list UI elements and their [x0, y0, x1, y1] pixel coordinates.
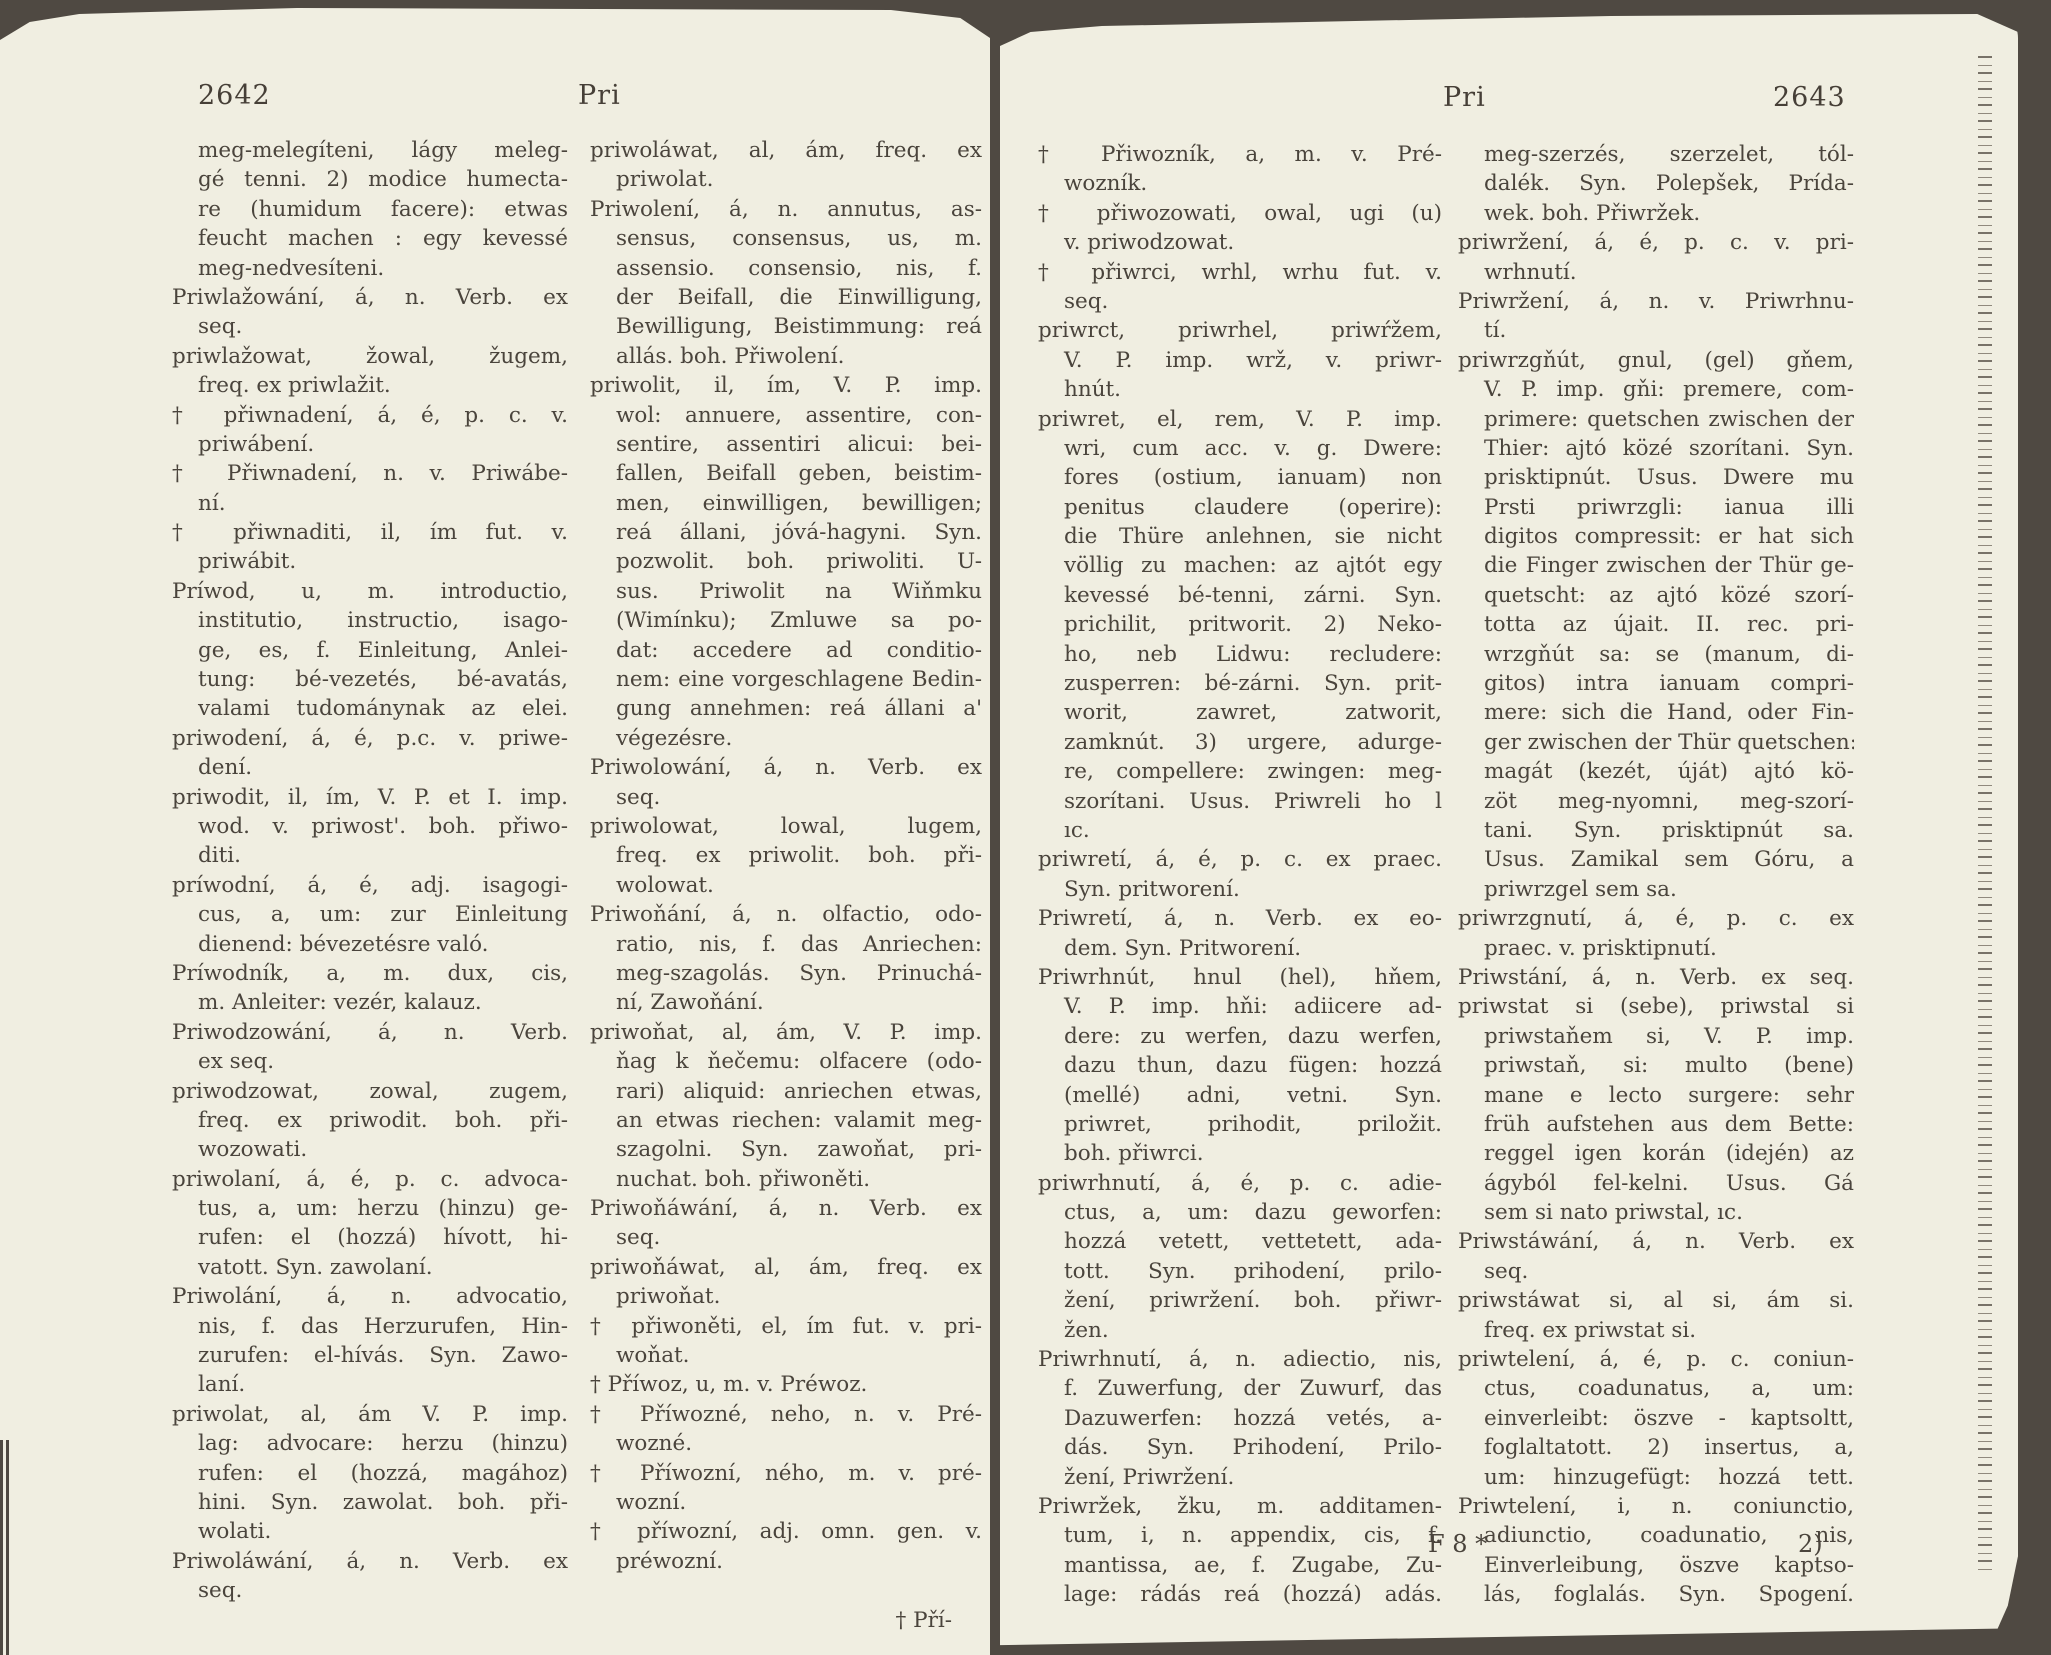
entry-text-line: magát (kezét, úját) ajtó kö- [1458, 757, 1854, 786]
entry-headword-line: Príwod, u, m. introductio, [172, 577, 568, 606]
entry-text-line: sus. Priwolit na Wiňmku [590, 577, 982, 606]
entry-text-line: hnút. [1038, 375, 1442, 404]
entry-text-line: penitus claudere (operire): [1038, 493, 1442, 522]
entry-text-line: nuchat. boh. přiwoněti. [590, 1165, 982, 1194]
entry-headword-line: priwoňat, al, ám, V. P. imp. [590, 1018, 982, 1047]
entry-headword-line: priwolowat, lowal, lugem, [590, 812, 982, 841]
entry-text-line: tani. Syn. prisktipnút sa. [1458, 816, 1854, 845]
left-page-number: 2642 [198, 80, 271, 111]
entry-headword-line: Priwolení, á, n. annutus, as- [590, 195, 982, 224]
printer-signature: F 8 * [1428, 1530, 1487, 1558]
entry-text-line: szagolni. Syn. zawoňat, pri- [590, 1135, 982, 1164]
entry-text-line: men, einwilligen, bewilligen; [590, 489, 982, 518]
entry-text-line: wol: annuere, assentire, con- [590, 401, 982, 430]
entry-text-line: die Finger zwischen der Thür ge- [1458, 551, 1854, 580]
entry-text-line: dás. Syn. Prihodení, Prilo- [1038, 1433, 1442, 1462]
entry-headword-line: priwstáwat si, al si, ám si. [1458, 1286, 1854, 1315]
entry-text-line: mere: sich die Hand, oder Fin- [1458, 698, 1854, 727]
entry-headword-line: priwolaní, á, é, p. c. advoca- [172, 1165, 568, 1194]
entry-text-line: feucht machen : egy kevessé [172, 224, 568, 253]
entry-headword-line: † Příwoz, u, m. v. Préwoz. [590, 1370, 982, 1399]
entry-text-line: wozník. [1038, 169, 1442, 198]
entry-headword-line: Priwolání, á, n. advocatio, [172, 1282, 568, 1311]
right-running-head: Pri [1443, 82, 1486, 113]
page-edge-left [0, 1440, 12, 1655]
entry-text-line: priwoňat. [590, 1282, 982, 1311]
entry-headword-line: † přiwozowati, owal, ugi (u) [1038, 199, 1442, 228]
entry-text-line: seq. [172, 312, 568, 341]
entry-text-line: boh. přiwrci. [1038, 1139, 1442, 1168]
book-gutter [990, 40, 1000, 1600]
entry-text-line: wod. v. priwost'. boh. přiwo- [172, 812, 568, 841]
entry-text-line: ratio, nis, f. das Anriechen: [590, 930, 982, 959]
entry-text-line: sentire, assentiri alicui: bei- [590, 430, 982, 459]
entry-text-line: dere: zu werfen, dazu werfen, [1038, 1022, 1442, 1051]
right-page-number: 2643 [1773, 82, 1846, 113]
entry-text-line: priwstaň, si: multo (bene) [1458, 1051, 1854, 1080]
entry-text-line: reggel igen korán (idején) az [1458, 1139, 1854, 1168]
entry-headword-line: priwolit, il, ím, V. P. imp. [590, 371, 982, 400]
entry-text-line: freq. ex priwstat si. [1458, 1316, 1854, 1345]
entry-headword-line: priwoňáwat, al, ám, freq. ex [590, 1253, 982, 1282]
entry-headword-line: Priwoňáwání, á, n. Verb. ex [590, 1194, 982, 1223]
entry-headword-line: priwodzowat, zowal, zugem, [172, 1077, 568, 1106]
entry-headword-line: priwlažowat, žowal, žugem, [172, 342, 568, 371]
entry-headword-line: Priwoňání, á, n. olfactio, odo- [590, 900, 982, 929]
entry-text-line: seq. [590, 783, 982, 812]
entry-text-line: valami tudománynak az elei. [172, 694, 568, 723]
entry-headword-line: † Přiwozník, a, m. v. Pré- [1038, 140, 1442, 169]
entry-text-line: re (humidum facere): etwas [172, 195, 568, 224]
entry-text-line: wrzgňút sa: se (manum, di- [1458, 640, 1854, 669]
left-page-column-1: meg-melegíteni, lágy meleg-gé tenni. 2) … [172, 136, 568, 1606]
entry-headword-line: † příwozní, adj. omn. gen. v. [590, 1517, 982, 1546]
entry-text-line: dat: accedere ad conditio- [590, 636, 982, 665]
entry-text-line: an etwas riechen: valamit meg- [590, 1106, 982, 1135]
entry-text-line: seq. [590, 1223, 982, 1252]
entry-headword-line: priwrhnutí, á, é, p. c. adie- [1038, 1169, 1442, 1198]
entry-text-line: hini. Syn. zawolat. boh. při- [172, 1488, 568, 1517]
entry-text-line: tung: bé-vezetés, bé-avatás, [172, 665, 568, 694]
entry-text-line: rari) aliquid: anriechen etwas, [590, 1077, 982, 1106]
entry-text-line: wolati. [172, 1517, 568, 1546]
entry-text-line: gé tenni. 2) modice humecta- [172, 165, 568, 194]
entry-text-line: lás, foglalás. Syn. Spogení. [1458, 1580, 1854, 1609]
entry-headword-line: † přiwnaditi, il, ím fut. v. [172, 518, 568, 547]
entry-text-line: Prsti priwrzgli: ianua illi [1458, 493, 1854, 522]
entry-text-line: der Beifall, die Einwilligung, [590, 283, 982, 312]
entry-text-line: totta az újait. II. rec. pri- [1458, 610, 1854, 639]
entry-text-line: ní. [172, 489, 568, 518]
entry-headword-line: Príwodník, a, m. dux, cis, [172, 959, 568, 988]
entry-text-line: Dazuwerfen: hozzá vetés, a- [1038, 1404, 1442, 1433]
left-running-head: Pri [578, 80, 621, 111]
entry-headword-line: Priwstání, á, n. Verb. ex seq. [1458, 963, 1854, 992]
entry-text-line: ge, es, f. Einleitung, Anlei- [172, 636, 568, 665]
entry-text-line: ıc. [1038, 816, 1442, 845]
entry-headword-line: Priwrhnutí, á, n. adiectio, nis, [1038, 1345, 1442, 1374]
entry-text-line: mane e lecto surgere: sehr [1458, 1081, 1854, 1110]
entry-text-line: tum, i, n. appendix, cis, f. [1038, 1521, 1442, 1550]
entry-headword-line: príwodní, á, é, adj. isagogi- [172, 871, 568, 900]
entry-text-line: Syn. pritworení. [1038, 875, 1442, 904]
entry-text-line: freq. ex priwolit. boh. při- [590, 841, 982, 870]
entry-headword-line: Priwodzowání, á, n. Verb. [172, 1018, 568, 1047]
entry-text-line: diti. [172, 841, 568, 870]
entry-text-line: kevessé bé-tenni, zárni. Syn. [1038, 581, 1442, 610]
entry-text-line: gitos) intra ianuam compri- [1458, 669, 1854, 698]
entry-text-line: rufen: el (hozzá, magához) [172, 1459, 568, 1488]
entry-text-line: végezésre. [590, 724, 982, 753]
entry-text-line: wolowat. [590, 871, 982, 900]
entry-text-line: freq. ex priwodit. boh. při- [172, 1106, 568, 1135]
page-edge-right [1978, 50, 1992, 1570]
entry-text-line: dem. Syn. Pritworení. [1038, 934, 1442, 963]
entry-text-line: v. priwodzowat. [1038, 228, 1442, 257]
entry-text-line: lage: rádás reá (hozzá) adás. [1038, 1580, 1442, 1609]
entry-text-line: wozné. [590, 1429, 982, 1458]
entry-text-line: adiunctio, coadunatio, nis, [1458, 1521, 1854, 1550]
entry-text-line: sem si nato priwstal, ıc. [1458, 1198, 1854, 1227]
entry-text-line: meg-szerzés, szerzelet, tól- [1458, 140, 1854, 169]
entry-text-line: préwozní. [590, 1547, 982, 1576]
entry-headword-line: † přiwrci, wrhl, wrhu fut. v. [1038, 258, 1442, 287]
entry-text-line: (Wimínku); Zmluwe sa po- [590, 606, 982, 635]
entry-text-line: primere: quetschen zwischen der [1458, 405, 1854, 434]
entry-text-line: priwábení. [172, 430, 568, 459]
catchword: 2) [1798, 1530, 1823, 1558]
entry-text-line: seq. [172, 1576, 568, 1605]
entry-text-line: wozowati. [172, 1135, 568, 1164]
entry-text-line: völlig zu machen: az ajtót egy [1038, 551, 1442, 580]
entry-text-line: laní. [172, 1370, 568, 1399]
right-page-column-2: meg-szerzés, szerzelet, tól-dalék. Syn. … [1458, 140, 1854, 1610]
entry-headword-line: Priwretí, á, n. Verb. ex eo- [1038, 904, 1442, 933]
entry-headword-line: † přiwnadení, á, é, p. c. v. [172, 401, 568, 430]
entry-text-line: Bewilligung, Beistimmung: reá [590, 312, 982, 341]
entry-headword-line: priwrct, priwrhel, priwŕžem, [1038, 316, 1442, 345]
entry-text-line: Thier: ajtó közé szorítani. Syn. [1458, 434, 1854, 463]
entry-text-line: pozwolit. boh. priwoliti. U- [590, 547, 982, 576]
entry-text-line: tí. [1458, 316, 1854, 345]
entry-text-line: Einverleibung, öszve kaptso- [1458, 1551, 1854, 1580]
entry-text-line: žen. [1038, 1316, 1442, 1345]
entry-headword-line: priwret, el, rem, V. P. imp. [1038, 405, 1442, 434]
entry-text-line: worit, zawret, zatworit, [1038, 698, 1442, 727]
entry-text-line: ho, neb Lidwu: recludere: [1038, 640, 1442, 669]
entry-text-line: † Pří- [590, 1606, 982, 1635]
entry-text-line: praec. v. prisktipnutí. [1458, 934, 1854, 963]
entry-text-line: reá állani, jóvá-hagyni. Syn. [590, 518, 982, 547]
entry-headword-line: Priwoláwání, á, n. Verb. ex [172, 1547, 568, 1576]
entry-headword-line: Priwržení, á, n. v. Priwrhnu- [1458, 287, 1854, 316]
entry-text-line: quetscht: az ajtó közé szorí- [1458, 581, 1854, 610]
entry-headword-line: priwstat si (sebe), priwstal si [1458, 992, 1854, 1021]
entry-text-line: wri, cum acc. v. g. Dwere: [1038, 434, 1442, 463]
entry-text-line: sensus, consensus, us, m. [590, 224, 982, 253]
entry-text-line: seq. [1038, 287, 1442, 316]
entry-text-line: die Thüre anlehnen, sie nicht [1038, 522, 1442, 551]
entry-text-line: priwstaňem si, V. P. imp. [1458, 1022, 1854, 1051]
entry-text-line: žení, Priwržení. [1038, 1463, 1442, 1492]
entry-headword-line: † Příwozní, ného, m. v. pré- [590, 1459, 982, 1488]
entry-headword-line: priwržení, á, é, p. c. v. pri- [1458, 228, 1854, 257]
entry-headword-line: Priwolowání, á, n. Verb. ex [590, 753, 982, 782]
entry-text-line: prichilit, pritworit. 2) Neko- [1038, 610, 1442, 639]
entry-text-line: ní, Zawoňání. [590, 988, 982, 1017]
entry-text-line: wrhnutí. [1458, 258, 1854, 287]
entry-text-line: foglaltatott. 2) insertus, a, [1458, 1433, 1854, 1462]
entry-headword-line: Priwržek, žku, m. additamen- [1038, 1492, 1442, 1521]
entry-headword-line: † Příwozné, neho, n. v. Pré- [590, 1400, 982, 1429]
entry-text-line: dalék. Syn. Polepšek, Prída- [1458, 169, 1854, 198]
right-page-column-1: † Přiwozník, a, m. v. Pré-wozník.† přiwo… [1038, 140, 1442, 1610]
entry-text-line: dazu thun, dazu fügen: hozzá [1038, 1051, 1442, 1080]
entry-text-line: meg-nedvesíteni. [172, 254, 568, 283]
entry-text-line: f. Zuwerfung, der Zuwurf, das [1038, 1374, 1442, 1403]
entry-text-line: mantissa, ae, f. Zugabe, Zu- [1038, 1551, 1442, 1580]
entry-text-line: re, compellere: zwingen: meg- [1038, 757, 1442, 786]
entry-text-line: ctus, a, um: dazu geworfen: [1038, 1198, 1442, 1227]
entry-text-line: priwret, prihodit, priložit. [1038, 1110, 1442, 1139]
entry-text-line: zusperren: bé-zárni. Syn. prit- [1038, 669, 1442, 698]
entry-text-line: um: hinzugefügt: hozzá tett. [1458, 1463, 1854, 1492]
entry-headword-line: priwodení, á, é, p.c. v. priwe- [172, 724, 568, 753]
entry-text-line: priwábit. [172, 547, 568, 576]
entry-text-line: wek. boh. Přiwržek. [1458, 199, 1854, 228]
entry-text-line: hozzá vetett, vettetett, ada- [1038, 1227, 1442, 1256]
entry-text-line: zöt meg-nyomni, meg-szorí- [1458, 787, 1854, 816]
entry-text-line: dení. [172, 753, 568, 782]
entry-text-line: V. P. imp. wrž, v. priwr- [1038, 346, 1442, 375]
entry-text-line: vatott. Syn. zawolaní. [172, 1253, 568, 1282]
entry-text-line: woňat. [590, 1341, 982, 1370]
entry-text-line: szorítani. Usus. Priwreli ho l [1038, 787, 1442, 816]
entry-headword-line: priwrzgňút, gnul, (gel) gňem, [1458, 346, 1854, 375]
entry-text-line [590, 1576, 982, 1605]
entry-text-line: gung annehmen: reá állani a' [590, 694, 982, 723]
entry-text-line: ágyból fel-kelni. Usus. Gá [1458, 1169, 1854, 1198]
entry-headword-line: † Přiwnadení, n. v. Priwábe- [172, 459, 568, 488]
entry-text-line: V. P. imp. hňi: adiicere ad- [1038, 992, 1442, 1021]
entry-text-line: tott. Syn. prihodení, prilo- [1038, 1257, 1442, 1286]
entry-text-line: fallen, Beifall geben, beistim- [590, 459, 982, 488]
entry-headword-line: † přiwoněti, el, ím fut. v. pri- [590, 1312, 982, 1341]
entry-text-line: lag: advocare: herzu (hinzu) [172, 1429, 568, 1458]
entry-text-line: digitos compressit: er hat sich [1458, 522, 1854, 551]
left-page-column-2: priwoláwat, al, ám, freq. expriwolat.Pri… [590, 136, 982, 1635]
entry-text-line: dienend: bévezetésre való. [172, 930, 568, 959]
entry-headword-line: Priwlažowání, á, n. Verb. ex [172, 283, 568, 312]
entry-text-line: ex seq. [172, 1047, 568, 1076]
entry-text-line: (mellé) adni, vetni. Syn. [1038, 1081, 1442, 1110]
entry-text-line: freq. ex priwlažit. [172, 371, 568, 400]
entry-headword-line: Priwrhnút, hnul (hel), hňem, [1038, 963, 1442, 992]
entry-text-line: wozní. [590, 1488, 982, 1517]
entry-text-line: Usus. Zamikal sem Góru, a [1458, 845, 1854, 874]
entry-text-line: prisktipnút. Usus. Dwere mu [1458, 463, 1854, 492]
entry-headword-line: priwretí, á, é, p. c. ex praec. [1038, 845, 1442, 874]
entry-headword-line: priwodit, il, ím, V. P. et I. imp. [172, 783, 568, 812]
entry-text-line: zurufen: el-hívás. Syn. Zawo- [172, 1341, 568, 1370]
entry-text-line: allás. boh. Přiwolení. [590, 342, 982, 371]
entry-text-line: meg-melegíteni, lágy meleg- [172, 136, 568, 165]
entry-headword-line: priwrzgnutí, á, é, p. c. ex [1458, 904, 1854, 933]
entry-text-line: meg-szagolás. Syn. Prinuchá- [590, 959, 982, 988]
entry-text-line: zamknút. 3) urgere, adurge- [1038, 728, 1442, 757]
entry-text-line: nem: eine vorgeschlagene Bedin- [590, 665, 982, 694]
entry-text-line: ger zwischen der Thür quetschen: [1458, 728, 1854, 757]
entry-headword-line: priwoláwat, al, ám, freq. ex [590, 136, 982, 165]
entry-text-line: V. P. imp. gňi: premere, com- [1458, 375, 1854, 404]
entry-text-line: institutio, instructio, isago- [172, 606, 568, 635]
entry-headword-line: priwolat, al, ám V. P. imp. [172, 1400, 568, 1429]
entry-text-line: žení, priwržení. boh. přiwr- [1038, 1286, 1442, 1315]
entry-text-line: nis, f. das Herzurufen, Hin- [172, 1312, 568, 1341]
entry-text-line: assensio. consensio, nis, f. [590, 254, 982, 283]
entry-text-line: tus, a, um: herzu (hinzu) ge- [172, 1194, 568, 1223]
entry-headword-line: Priwtelení, i, n. coniunctio, [1458, 1492, 1854, 1521]
entry-text-line: m. Anleiter: vezér, kalauz. [172, 988, 568, 1017]
entry-headword-line: Priwstáwání, á, n. Verb. ex [1458, 1227, 1854, 1256]
entry-text-line: früh aufstehen aus dem Bette: [1458, 1110, 1854, 1139]
entry-text-line: ňag k ňečemu: olfacere (odo- [590, 1047, 982, 1076]
entry-text-line: seq. [1458, 1257, 1854, 1286]
entry-text-line: ctus, coadunatus, a, um: [1458, 1374, 1854, 1403]
entry-text-line: fores (ostium, ianuam) non [1038, 463, 1442, 492]
entry-text-line: priwolat. [590, 165, 982, 194]
entry-text-line: cus, a, um: zur Einleitung [172, 900, 568, 929]
entry-text-line: einverleibt: öszve - kaptsoltt, [1458, 1404, 1854, 1433]
entry-text-line: rufen: el (hozzá) hívott, hi- [172, 1223, 568, 1252]
entry-text-line: priwrzgel sem sa. [1458, 875, 1854, 904]
entry-headword-line: priwtelení, á, é, p. c. coniun- [1458, 1345, 1854, 1374]
